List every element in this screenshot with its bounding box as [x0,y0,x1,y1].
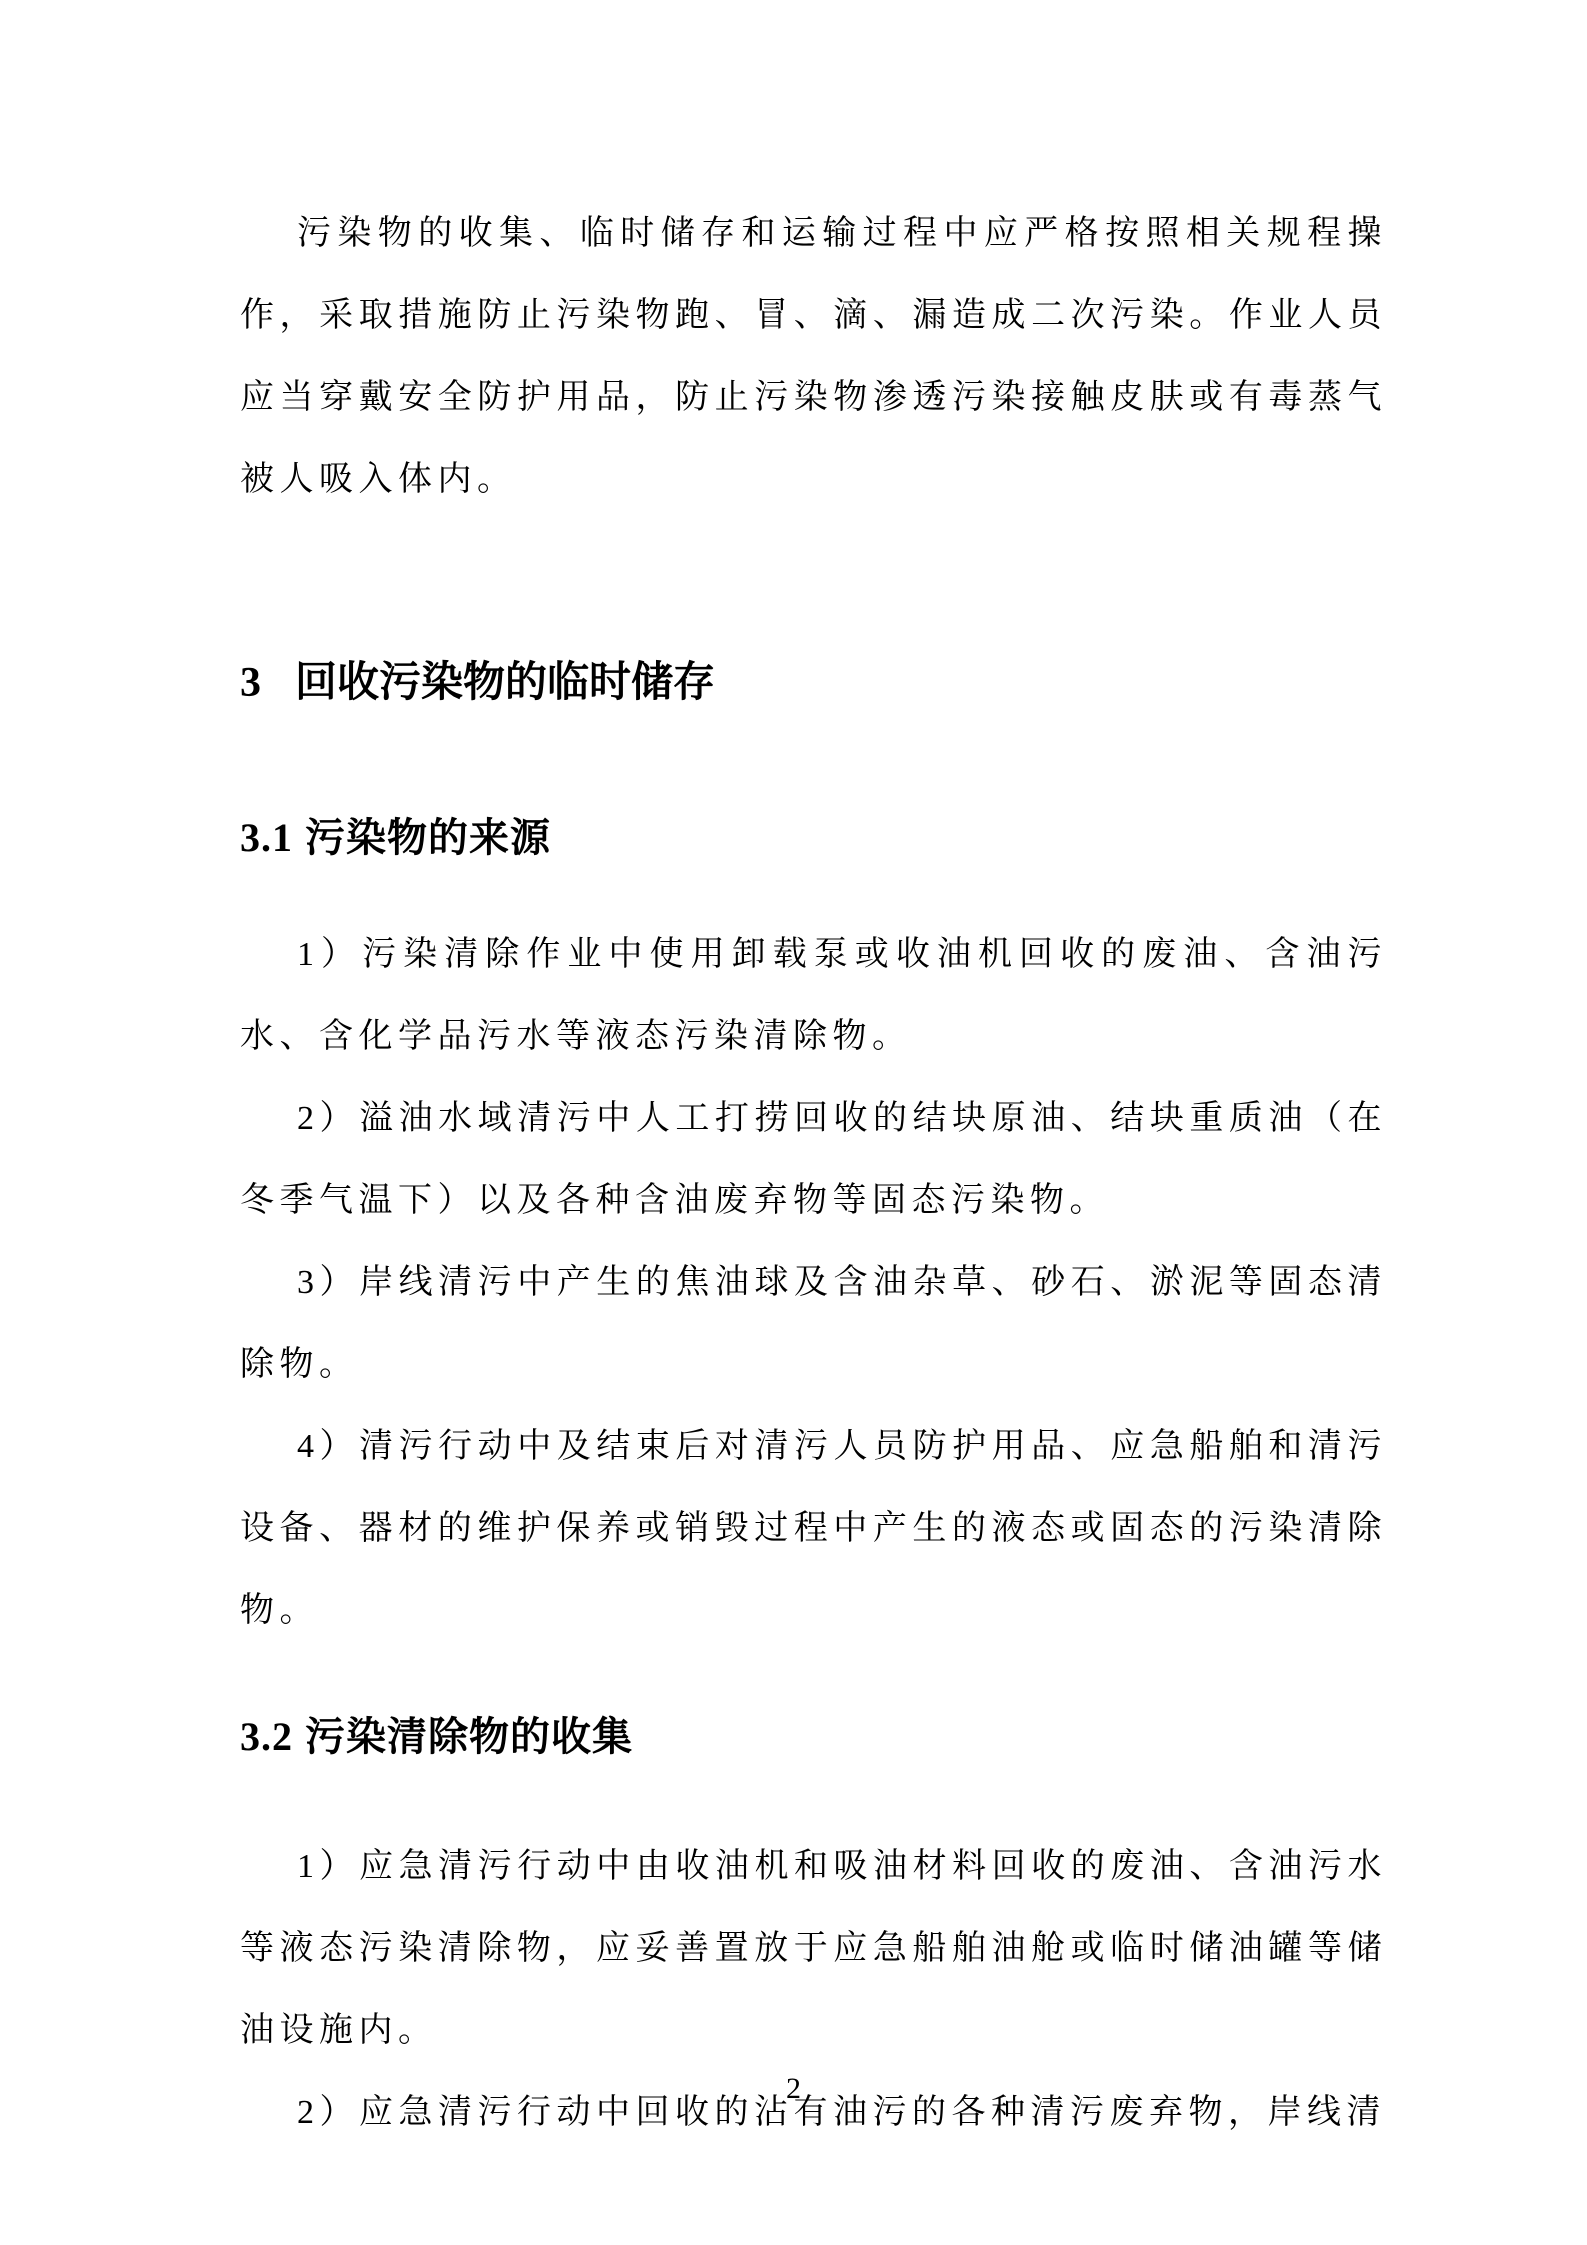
section-3-number: 3 [240,660,261,706]
list-item: 2）溢油水域清污中人工打捞回收的结块原油、结块重质油（在冬季气温下）以及各种含油… [240,1078,1387,1242]
document-body: 污染物的收集、临时储存和运输过程中应严格按照相关规程操作，采取措施防止污染物跑、… [240,0,1387,2154]
section-3-1-number: 3.1 [240,815,293,860]
section-3-title: 回收污染物的临时储存 [295,660,715,706]
list-item: 1）应急清污行动中由收油机和吸油材料回收的废油、含油污水等液态污染清除物，应妥善… [240,1826,1387,2072]
page-number: 2 [0,2072,1587,2106]
list-item: 1）污染清除作业中使用卸载泵或收油机回收的废油、含油污水、含化学品污水等液态污染… [240,914,1387,1078]
section-3-2-title: 污染清除物的收集 [305,1714,633,1759]
section-3-1-list: 1）污染清除作业中使用卸载泵或收油机回收的废油、含油污水、含化学品污水等液态污染… [240,914,1387,1652]
document-page: 污染物的收集、临时储存和运输过程中应严格按照相关规程操作，采取措施防止污染物跑、… [0,0,1587,2245]
section-3-heading: 3回收污染物的临时储存 [240,643,1387,723]
section-3-1-heading: 3.1污染物的来源 [240,798,1387,878]
section-3-2-number: 3.2 [240,1714,293,1759]
list-item: 4）清污行动中及结束后对清污人员防护用品、应急船舶和清污设备、器材的维护保养或销… [240,1406,1387,1652]
section-3-2-heading: 3.2污染清除物的收集 [240,1697,1387,1777]
list-item: 3）岸线清污中产生的焦油球及含油杂草、砂石、淤泥等固态清除物。 [240,1242,1387,1406]
intro-paragraph: 污染物的收集、临时储存和运输过程中应严格按照相关规程操作，采取措施防止污染物跑、… [240,193,1387,521]
section-3-1-title: 污染物的来源 [305,815,551,860]
